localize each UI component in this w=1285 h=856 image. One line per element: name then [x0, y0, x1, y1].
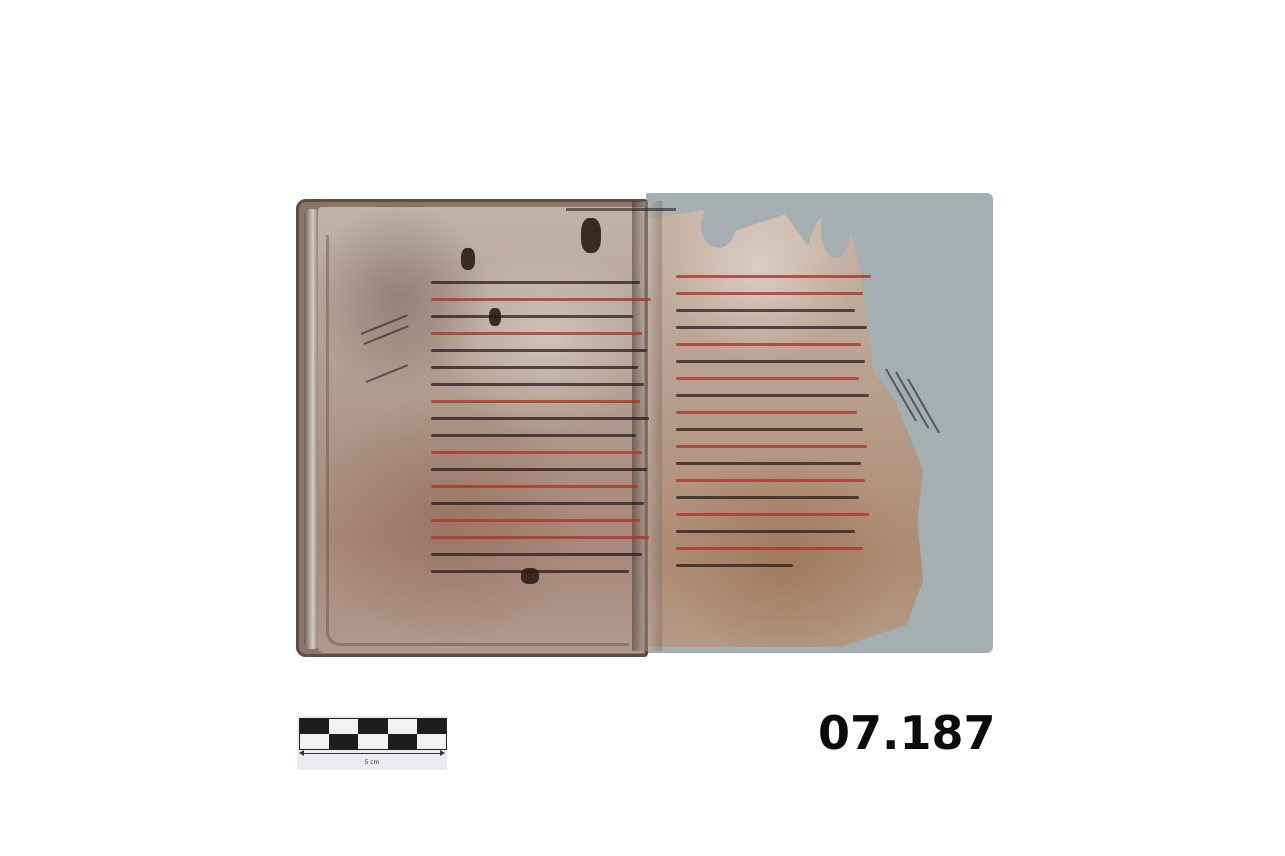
right-page-text	[676, 275, 871, 581]
left-page-text	[431, 281, 651, 587]
header-annotation	[566, 208, 676, 211]
page-damage	[581, 218, 601, 253]
right-page-hole	[821, 198, 851, 258]
double-arrow-icon	[301, 753, 443, 754]
page-damage	[461, 248, 475, 270]
scale-bar: 5 cm	[297, 716, 447, 770]
right-page-hole	[701, 203, 736, 248]
catalog-number: 07.187	[818, 706, 996, 760]
scale-label: 5 cm	[297, 759, 447, 766]
scale-checker	[299, 718, 447, 750]
manuscript-photo	[296, 193, 993, 659]
